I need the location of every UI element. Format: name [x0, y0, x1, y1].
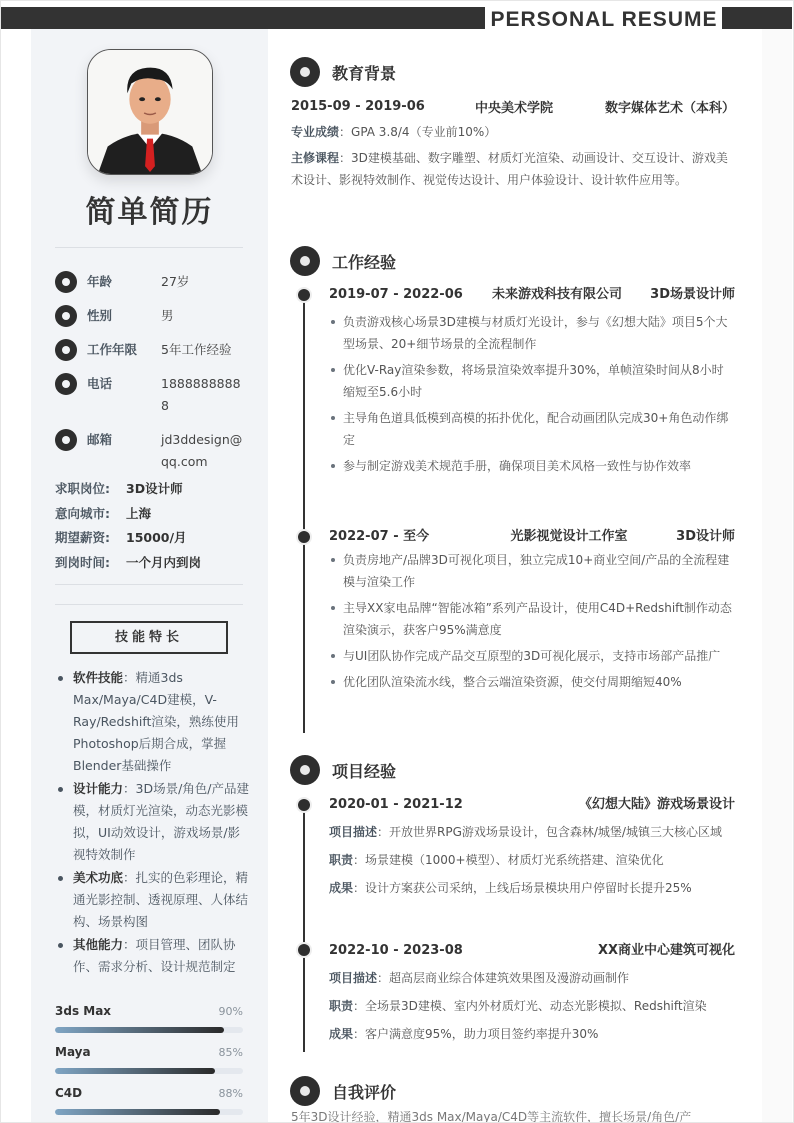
skill-bar-percent: 85% [219, 1046, 243, 1059]
section-title: 项目经验 [332, 759, 396, 782]
job-company: 未来游戏科技有限公司 [489, 284, 625, 305]
job-intent-label: 到岗时间: [55, 551, 126, 576]
avatar-portrait-icon [88, 50, 212, 174]
project-duty: 职责：全场景3D建模、室内外材质灯光、动态光影模拟、Redshift渲染 [329, 995, 735, 1017]
job-bullet: 主导角色道具低模到高模的拓扑优化，配合动画团队完成30+角色动作绑定 [329, 407, 735, 451]
project-field-label: 职责 [329, 999, 353, 1013]
info-label: 邮箱 [87, 429, 161, 451]
gpa-label: 专业成绩 [291, 125, 339, 139]
job-bullet: 与UI团队协作完成产品交互原型的3D可视化展示，支持市场部产品推广 [329, 645, 735, 667]
section-ring-icon [290, 755, 320, 785]
job-date: 2019-07 - 2022-06 [329, 284, 489, 305]
skill-bar-percent: 88% [219, 1087, 243, 1100]
info-row-age: 年龄 27岁 [55, 271, 255, 293]
project-field-text: ：场景建模（1000+模型）、材质灯光系统搭建、渲染优化 [353, 853, 664, 867]
education-courses: 主修课程：3D建模基础、数字雕塑、材质灯光渲染、动画设计、交互设计、游戏美术设计… [291, 147, 735, 191]
skill-key: 设计能力 [73, 781, 123, 796]
job-bullet: 优化V-Ray渲染参数，将场景渲染效率提升30%，单帧渲染时间从8小时缩短至5.… [329, 359, 735, 403]
job-intent-label: 期望薪资: [55, 526, 126, 551]
skill-list: 软件技能：精通3ds Max/Maya/C4D建模，V-Ray/Redshift… [55, 667, 251, 979]
job-intent-value: 3D设计师 [126, 477, 183, 502]
info-label: 电话 [87, 373, 161, 395]
job-intent-row: 求职岗位: 3D设计师 [55, 477, 255, 502]
job-intent-label: 意向城市: [55, 502, 126, 527]
progress-fill [55, 1109, 220, 1115]
job-intent-row: 意向城市: 上海 [55, 502, 255, 527]
education-gpa: 专业成绩：GPA 3.8/4（专业前10%） [291, 121, 735, 143]
section-ring-icon [290, 246, 320, 276]
job-intent-list: 求职岗位: 3D设计师 意向城市: 上海 期望薪资: 15000/月 到岗时间:… [55, 477, 255, 575]
job-bullet: 参与制定游戏美术规范手册，确保项目美术风格一致性与协作效率 [329, 455, 735, 477]
job-intent-row: 期望薪资: 15000/月 [55, 526, 255, 551]
personal-info-list: 年龄 27岁 性别 男 工作年限 5年工作经验 电话 18888888888 邮… [55, 271, 255, 485]
section-title: 工作经验 [332, 250, 396, 273]
project-duty: 职责：场景建模（1000+模型）、材质灯光系统搭建、渲染优化 [329, 849, 735, 871]
skill-bar-3dsmax: 3ds Max90% [55, 1004, 243, 1033]
right-margin [762, 29, 792, 1123]
skill-text: ：精通3ds Max/Maya/C4D建模，V-Ray/Redshift渲染，熟… [73, 670, 239, 773]
gpa-text: ：GPA 3.8/4（专业前10%） [339, 125, 496, 139]
skill-item: 美术功底：扎实的色彩理论，精通光影控制、透视原理、人体结构、场景构图 [55, 867, 251, 933]
job-intent-row: 到岗时间: 一个月内到岗 [55, 551, 255, 576]
project-date: 2020-01 - 2021-12 [329, 794, 489, 815]
skill-key: 软件技能 [73, 670, 123, 685]
info-label: 性别 [87, 305, 161, 327]
skill-item: 软件技能：精通3ds Max/Maya/C4D建模，V-Ray/Redshift… [55, 667, 251, 777]
ring-bullet-icon [55, 339, 77, 361]
ring-bullet-icon [55, 373, 77, 395]
avatar [87, 49, 213, 175]
timeline-dot-icon [298, 944, 310, 956]
sidebar: 简单简历 年龄 27岁 性别 男 工作年限 5年工作经验 电话 18888888… [31, 29, 268, 1123]
section-projects-header: 项目经验 [290, 755, 396, 785]
ring-bullet-icon [55, 271, 77, 293]
ring-bullet-icon [55, 429, 77, 451]
skill-key: 美术功底 [73, 870, 123, 885]
info-value: 5年工作经验 [161, 339, 245, 361]
section-education-header: 教育背景 [290, 57, 396, 87]
project-date: 2022-10 - 2023-08 [329, 940, 489, 961]
progress-fill [55, 1068, 215, 1074]
courses-label: 主修课程 [291, 151, 339, 165]
project-field-label: 职责 [329, 853, 353, 867]
section-self-eval-header: 自我评价 [290, 1076, 396, 1106]
project-field-text: ：超高层商业综合体建筑效果图及漫游动画制作 [377, 971, 629, 985]
job-intent-value: 一个月内到岗 [126, 551, 201, 576]
skill-bar-name: C4D [55, 1086, 82, 1100]
progress-track [55, 1068, 243, 1074]
sidebar-divider [55, 247, 243, 248]
project-field-label: 成果 [329, 1027, 353, 1041]
project-name: XX商业中心建筑可视化 [489, 940, 735, 961]
job-intent-value: 15000/月 [126, 526, 187, 551]
skill-bar-c4d: C4D88% [55, 1086, 243, 1115]
info-row-email: 邮箱 jd3ddesign@qq.com [55, 429, 255, 473]
job-role: 3D设计师 [649, 526, 735, 547]
skill-item: 其他能力：项目管理、团队协作、需求分析、设计规范制定 [55, 934, 251, 978]
progress-track [55, 1027, 243, 1033]
job-role: 3D场景设计师 [625, 284, 735, 305]
skill-bar-percent: 90% [219, 1005, 243, 1018]
work-entry: 2019-07 - 2022-06 未来游戏科技有限公司 3D场景设计师 负责游… [329, 284, 735, 481]
section-title: 教育背景 [332, 61, 396, 84]
section-title: 自我评价 [332, 1080, 396, 1103]
education-date: 2015-09 - 2019-06 [291, 99, 475, 114]
project-entry: 2022-10 - 2023-08 XX商业中心建筑可视化 项目描述：超高层商业… [329, 940, 735, 1045]
timeline-dot-icon [298, 531, 310, 543]
skill-bar-name: 3ds Max [55, 1004, 111, 1018]
ring-bullet-icon [55, 305, 77, 327]
projects-timeline [303, 805, 305, 1052]
project-description: 项目描述：超高层商业综合体建筑效果图及漫游动画制作 [329, 967, 735, 989]
skills-heading: 技能特长 [70, 621, 228, 654]
courses-text: ：3D建模基础、数字雕塑、材质灯光渲染、动画设计、交互设计、游戏美术设计、影视特… [291, 151, 728, 187]
project-name: 《幻想大陆》游戏场景设计 [489, 794, 735, 815]
info-row-gender: 性别 男 [55, 305, 255, 327]
project-field-label: 成果 [329, 881, 353, 895]
project-result: 成果：设计方案获公司采纳，上线后场景模块用户停留时长提升25% [329, 877, 735, 899]
job-bullet: 负责房地产/品牌3D可视化项目，独立完成10+商业空间/产品的全流程建模与渲染工… [329, 549, 735, 593]
info-value: 27岁 [161, 271, 245, 293]
project-field-text: ：客户满意度95%，助力项目签约率提升30% [353, 1027, 598, 1041]
skill-item: 设计能力：3D场景/角色/产品建模，材质灯光渲染，动态光影模拟，UI动效设计，游… [55, 778, 251, 866]
project-description: 项目描述：开放世界RPG游戏场景设计，包含森林/城堡/城镇三大核心区域 [329, 821, 735, 843]
info-label: 年龄 [87, 271, 161, 293]
job-intent-value: 上海 [126, 502, 151, 527]
project-field-label: 项目描述 [329, 825, 377, 839]
section-work-header: 工作经验 [290, 246, 396, 276]
project-field-text: ：设计方案获公司采纳，上线后场景模块用户停留时长提升25% [353, 881, 692, 895]
header-bar-right [722, 7, 792, 29]
project-entry: 2020-01 - 2021-12 《幻想大陆》游戏场景设计 项目描述：开放世界… [329, 794, 735, 899]
education-entry: 2015-09 - 2019-06 中央美术学院 数字媒体艺术（本科） 专业成绩… [291, 95, 735, 191]
progress-track [55, 1109, 243, 1115]
info-label: 工作年限 [87, 339, 161, 361]
education-school: 中央美术学院 [475, 97, 595, 116]
education-major: 数字媒体艺术（本科） [595, 97, 735, 116]
work-timeline [303, 295, 305, 733]
skill-bars: 3ds Max90% Maya85% C4D88% [55, 1004, 243, 1123]
phone-value[interactable]: 18888888888 [161, 373, 245, 417]
skill-key: 其他能力 [73, 937, 123, 952]
sidebar-divider [55, 604, 243, 605]
section-ring-icon [290, 57, 320, 87]
job-bullet: 主导XX家电品牌“智能冰箱”系列产品设计，使用C4D+Redshift制作动态渲… [329, 597, 735, 641]
self-eval-text: 5年3D设计经验，精通3ds Max/Maya/C4D等主流软件，擅长场景/角色… [291, 1107, 735, 1123]
project-field-text: ：开放世界RPG游戏场景设计，包含森林/城堡/城镇三大核心区域 [377, 825, 722, 839]
timeline-dot-icon [298, 799, 310, 811]
info-row-phone: 电话 18888888888 [55, 373, 255, 417]
project-field-label: 项目描述 [329, 971, 377, 985]
job-bullet: 优化团队渲染流水线，整合云端渲染资源，使交付周期缩短40% [329, 671, 735, 693]
job-bullet: 负责游戏核心场景3D建模与材质灯光设计，参与《幻想大陆》项目5个大型场景、20+… [329, 311, 735, 355]
resume-name: 简单简历 [31, 187, 268, 231]
email-value[interactable]: jd3ddesign@qq.com [161, 429, 245, 473]
sidebar-divider [55, 584, 243, 585]
info-value: 男 [161, 305, 245, 327]
main-content: 教育背景 2015-09 - 2019-06 中央美术学院 数字媒体艺术（本科）… [268, 29, 762, 1123]
job-company: 光影视觉设计工作室 [489, 526, 649, 547]
work-entry: 2022-07 - 至今 光影视觉设计工作室 3D设计师 负责房地产/品牌3D可… [329, 526, 735, 697]
project-result: 成果：客户满意度95%，助力项目签约率提升30% [329, 1023, 735, 1045]
job-intent-label: 求职岗位: [55, 477, 126, 502]
header-bar-left [1, 7, 485, 29]
info-row-experience: 工作年限 5年工作经验 [55, 339, 255, 361]
skill-bar-name: Maya [55, 1045, 91, 1059]
timeline-dot-icon [298, 289, 310, 301]
project-field-text: ：全场景3D建模、室内外材质灯光、动态光影模拟、Redshift渲染 [353, 999, 707, 1013]
job-date: 2022-07 - 至今 [329, 526, 489, 547]
section-ring-icon [290, 1076, 320, 1106]
progress-fill [55, 1027, 224, 1033]
skill-bar-maya: Maya85% [55, 1045, 243, 1074]
